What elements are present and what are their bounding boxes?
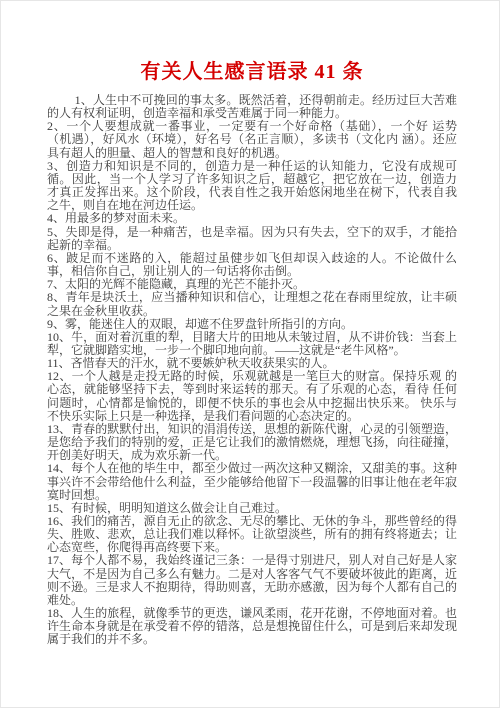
quote-item-12: 12、一个人越是走投无路的时候，乐观就越是一笔巨大的财富。保持乐观 的心态，就能…: [47, 370, 457, 423]
page-title: 有关人生感言语录 41 条: [47, 55, 457, 84]
quote-item-4: 4、用最多的梦对面未来。: [47, 212, 457, 225]
quote-item-18: 18、人生的旅程，就像季节的更迭，谦风柔雨，花开花谢，不停地面对着。也许生命本身…: [47, 607, 457, 646]
quote-item-8: 8、青年是块沃土，应当播种知识和信心，让理想之花在春雨里绽放，让丰硕之果在金秋里…: [47, 291, 457, 317]
quote-item-6: 6、跛足而不迷路的入，能超过虽健步如飞但却误入歧途的人。不论做什么事，相信你自己…: [47, 252, 457, 278]
quote-item-16: 16、我们的痛苦，源自无止的欲念、无尽的攀比、无休的争斗，那些曾经的得失、胜败、…: [47, 515, 457, 554]
quote-item-3: 3、创造力和知识是不同的，创造力是一种任运的认知能力，它没有成规可 循。因此，当…: [47, 160, 457, 213]
quote-list: 1、人生中不可挽回的事太多。既然活着，还得朝前走。经历过巨大苦难的人有权利证明，…: [47, 94, 457, 647]
quote-item-14: 14、每个人在他的毕生中，都至少做过一两次这种又糊涂，又甜美的事。这种事兴许不会…: [47, 462, 457, 501]
quote-item-1: 1、人生中不可挽回的事太多。既然活着，还得朝前走。经历过巨大苦难的人有权利证明，…: [47, 94, 457, 120]
quote-item-2: 2、一个人要想成就一番事业，一定要有一个好命格（基础），一个好 运势（机遇），好…: [47, 120, 457, 159]
quote-item-5: 5、失即是得，是一种痛苦，也是幸福。因为只有失去，空下的双手，才能拾起新的幸福。: [47, 226, 457, 252]
document-page: 有关人生感言语录 41 条 1、人生中不可挽回的事太多。既然活着，还得朝前走。经…: [0, 0, 500, 708]
quote-item-10: 10、牛，面对着沉重的犁，目睹大片的田地从未皱过眉，从不讲价钱：当套上犁，它就脚…: [47, 331, 457, 357]
quote-item-17: 17、每个人都不易，我始终谨记三条：一是得寸别进尺，别人对自己好是人家大气，不是…: [47, 554, 457, 607]
quote-item-9: 9、雾，能迷住人的双眼，却遮不住罗盘针所指引的方向。: [47, 318, 457, 331]
quote-item-13: 13、青春的默默付出，知识的涓涓传送，思想的新陈代谢，心灵的引领塑造，是您给予我…: [47, 423, 457, 462]
